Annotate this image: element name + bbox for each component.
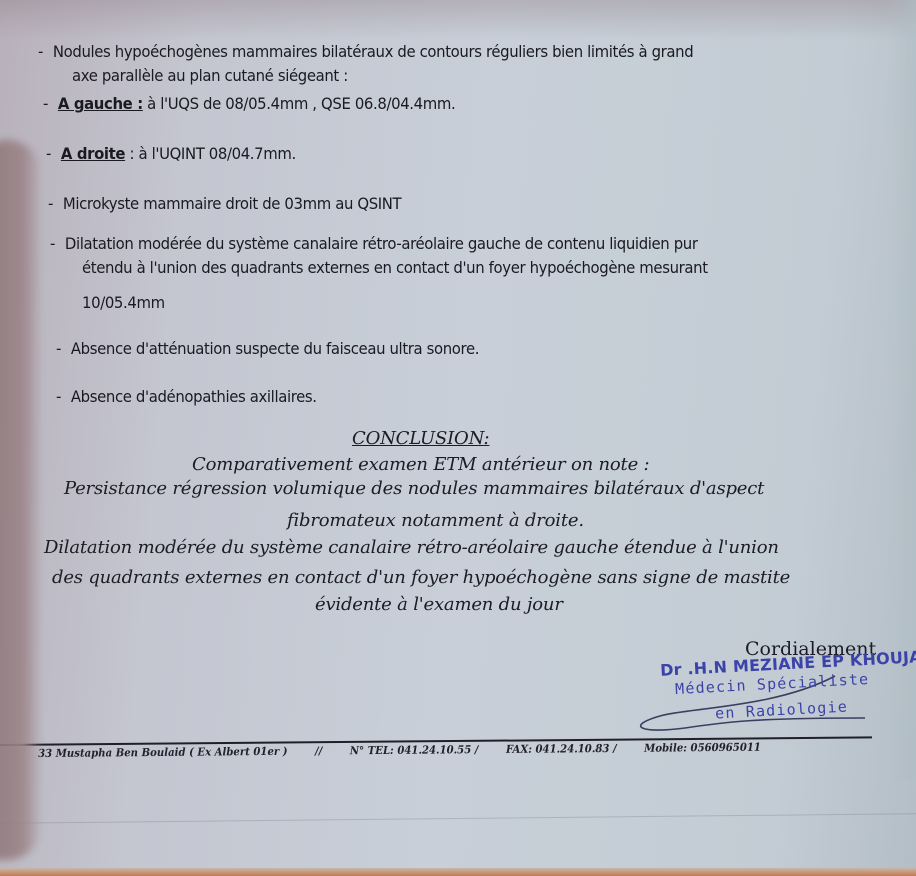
finding-right: -A droite : à l'UQINT 08/04.7mm. [46,144,296,163]
footer-separator: // [315,745,323,758]
finger-shadow [0,140,42,860]
conclusion-title: CONCLUSION: [352,428,489,449]
finding-text-left: à l'UQS de 08/05.4mm , QSE 06.8/04.4mm. [143,94,456,113]
conclusion-line: évidente à l'examen du jour [315,594,563,615]
table-surface [0,868,916,876]
finding-line: Dilatation modérée du système canalaire … [65,234,698,253]
bullet-dash: - [38,42,53,61]
finding-adenopathies: -Absence d'adénopathies axillaires. [56,387,317,406]
finding-left: -A gauche : à l'UQS de 08/05.4mm , QSE 0… [43,94,455,113]
footer-mobile: Mobile: 0560965011 [644,741,761,755]
bullet-dash: - [43,94,58,113]
bullet-dash: - [48,194,63,213]
bullet-dash: - [46,144,61,163]
finding-nodules-cont: axe parallèle au plan cutané siégeant : [72,66,348,85]
finding-label-right: A droite [61,144,125,163]
finding-line: Nodules hypoéchogènes mammaires bilatéra… [53,42,693,61]
finding-label-left: A gauche : [58,94,143,113]
conclusion-line: Persistance régression volumique des nod… [64,478,764,499]
finding-line: Absence d'adénopathies axillaires. [71,387,317,406]
finding-attenuation: -Absence d'atténuation suspecte du faisc… [56,339,479,358]
footer-fax: FAX: 041.24.10.83 / [506,742,617,756]
photo-shadow [0,0,916,40]
finding-line: axe parallèle au plan cutané siégeant : [72,66,348,85]
finding-line: Microkyste mammaire droit de 03mm au QSI… [63,194,401,213]
conclusion-line: fibromateux notamment à droite. [287,510,584,531]
finding-microkyste: -Microkyste mammaire droit de 03mm au QS… [48,194,401,213]
conclusion-line: Dilatation modérée du système canalaire … [44,537,779,558]
finding-text-right: : à l'UQINT 08/04.7mm. [125,144,296,163]
finding-line: étendu à l'union des quadrants externes … [82,258,708,277]
bullet-dash: - [56,387,71,406]
finding-dilatation-cont1: étendu à l'union des quadrants externes … [82,258,708,277]
finding-nodules: -Nodules hypoéchogènes mammaires bilatér… [38,42,693,61]
bullet-dash: - [56,339,71,358]
conclusion-line: des quadrants externes en contact d'un f… [52,567,790,588]
bullet-dash: - [50,234,65,253]
footer-tel: N° TEL: 041.24.10.55 / [350,743,479,757]
finding-line: 10/05.4mm [82,293,165,312]
finding-dilatation-cont2: 10/05.4mm [82,293,165,312]
finding-line: Absence d'atténuation suspecte du faisce… [71,339,479,358]
finding-dilatation: -Dilatation modérée du système canalaire… [50,234,698,253]
conclusion-line: Comparativement examen ETM antérieur on … [192,454,649,475]
footer-address: 33 Mustapha Ben Boulaid ( Ex Albert 01er… [38,745,288,760]
